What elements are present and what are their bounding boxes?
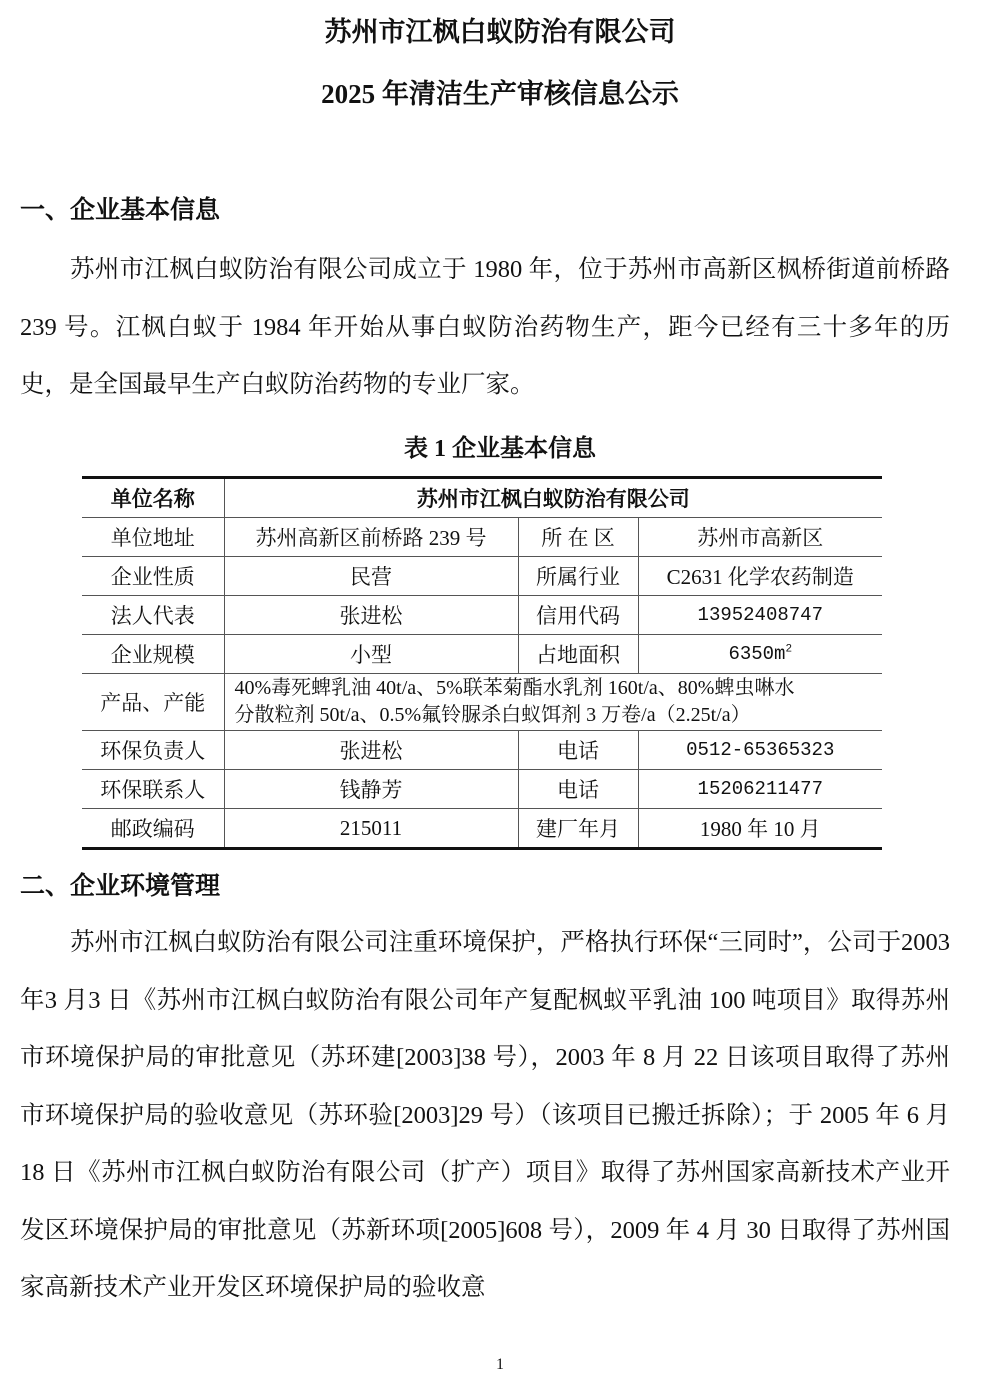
label-cell: 所属行业	[518, 557, 638, 596]
table-row: 产品、产能 40%毒死蜱乳油 40t/a、5%联苯菊酯水乳剂 160t/a、80…	[82, 674, 882, 731]
label-cell: 所 在 区	[518, 518, 638, 557]
section2-body: 苏州市江枫白蚁防治有限公司注重环境保护，严格执行环保“三同时”，公司于2003 …	[20, 914, 950, 1317]
label-cell: 电话	[518, 731, 638, 770]
section2-paragraph: 苏州市江枫白蚁防治有限公司注重环境保护，严格执行环保“三同时”，公司于2003 …	[20, 914, 950, 1317]
value-cell: 13952408747	[638, 596, 882, 635]
table-row: 环保负责人 张进松 电话 0512-65365323	[82, 731, 882, 770]
value-cell: 15206211477	[638, 770, 882, 809]
label-cell: 信用代码	[518, 596, 638, 635]
area-unit-exponent: 2	[785, 644, 792, 656]
table-row: 环保联系人 钱静芳 电话 15206211477	[82, 770, 882, 809]
value-cell: 民营	[224, 557, 518, 596]
table-row: 邮政编码 215011 建厂年月 1980 年 10 月	[82, 809, 882, 849]
table-row: 单位地址 苏州高新区前桥路 239 号 所 在 区 苏州市高新区	[82, 518, 882, 557]
value-cell: 张进松	[224, 731, 518, 770]
products-line: 40%毒死蜱乳油 40t/a、5%联苯菊酯水乳剂 160t/a、80%蜱虫啉水	[235, 675, 883, 702]
value-cell: 1980 年 10 月	[638, 809, 882, 849]
label-cell: 建厂年月	[518, 809, 638, 849]
value-cell: 张进松	[224, 596, 518, 635]
value-cell: 40%毒死蜱乳油 40t/a、5%联苯菊酯水乳剂 160t/a、80%蜱虫啉水 …	[224, 674, 882, 731]
label-cell: 法人代表	[82, 596, 224, 635]
label-cell: 环保负责人	[82, 731, 224, 770]
table-row: 企业性质 民营 所属行业 C2631 化学农药制造	[82, 557, 882, 596]
company-info-table: 单位名称 苏州市江枫白蚁防治有限公司 单位地址 苏州高新区前桥路 239 号 所…	[82, 476, 882, 850]
value-cell: 苏州市江枫白蚁防治有限公司	[224, 478, 882, 518]
page-number: 1	[0, 1356, 1000, 1374]
products-line: 分散粒剂 50t/a、0.5%氟铃脲杀白蚁饵剂 3 万卷/a（2.25t/a）	[235, 702, 883, 729]
document-title: 2025 年清洁生产审核信息公示	[0, 72, 1000, 111]
label-cell: 单位名称	[82, 478, 224, 518]
label-cell: 单位地址	[82, 518, 224, 557]
table-row: 单位名称 苏州市江枫白蚁防治有限公司	[82, 478, 882, 518]
company-title: 苏州市江枫白蚁防治有限公司	[0, 10, 1000, 49]
value-cell: 215011	[224, 809, 518, 849]
value-cell: 0512-65365323	[638, 731, 882, 770]
table-row: 法人代表 张进松 信用代码 13952408747	[82, 596, 882, 635]
section2-heading: 二、企业环境管理	[20, 866, 220, 902]
label-cell: 占地面积	[518, 635, 638, 674]
label-cell: 产品、产能	[82, 674, 224, 731]
table-row: 企业规模 小型 占地面积 6350m2	[82, 635, 882, 674]
section1-paragraph: 苏州市江枫白蚁防治有限公司成立于 1980 年，位于苏州市高新区枫桥街道前桥路 …	[20, 241, 950, 414]
label-cell: 企业规模	[82, 635, 224, 674]
value-cell: C2631 化学农药制造	[638, 557, 882, 596]
value-cell: 苏州市高新区	[638, 518, 882, 557]
label-cell: 电话	[518, 770, 638, 809]
area-value: 6350m	[728, 643, 785, 665]
value-cell: 6350m2	[638, 635, 882, 674]
section1-heading: 一、企业基本信息	[20, 190, 220, 226]
label-cell: 邮政编码	[82, 809, 224, 849]
value-cell: 苏州高新区前桥路 239 号	[224, 518, 518, 557]
label-cell: 环保联系人	[82, 770, 224, 809]
section1-body: 苏州市江枫白蚁防治有限公司成立于 1980 年，位于苏州市高新区枫桥街道前桥路 …	[20, 241, 950, 414]
table1-caption: 表 1 企业基本信息	[0, 428, 1000, 463]
value-cell: 钱静芳	[224, 770, 518, 809]
value-cell: 小型	[224, 635, 518, 674]
label-cell: 企业性质	[82, 557, 224, 596]
